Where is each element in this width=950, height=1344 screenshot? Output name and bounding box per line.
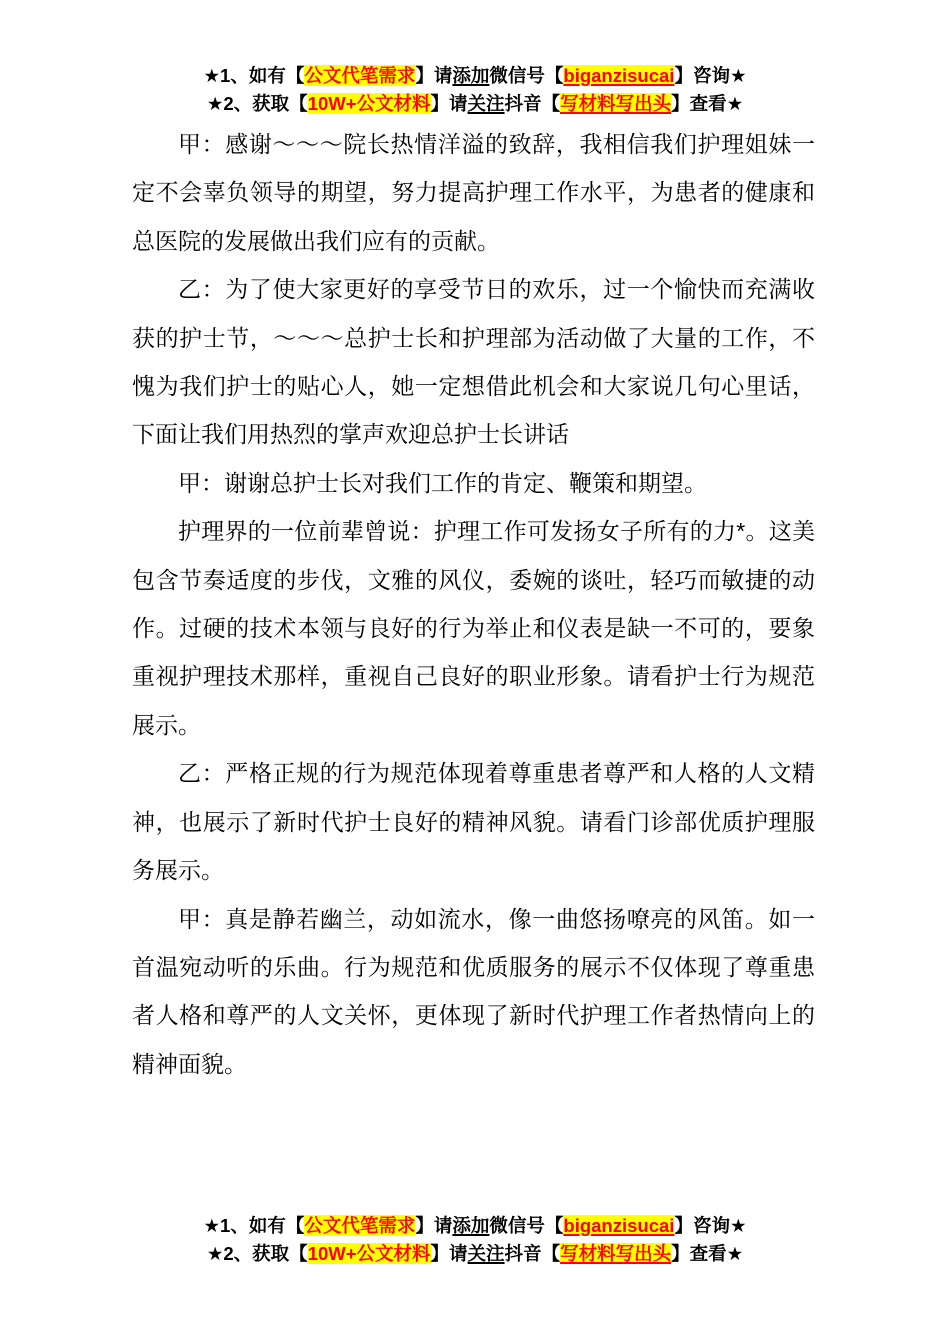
paragraph-3: 甲：谢谢总护士长对我们工作的肯定、鞭策和期望。 bbox=[132, 459, 815, 507]
promo-header-line-2: ★2、获取【10W+公文材料】请关注抖音【写材料写出头】查看★ bbox=[0, 90, 950, 118]
paragraph-4: 护理界的一位前辈曾说：护理工作可发扬女子所有的力*。这美包含节奏适度的步伐，文雅… bbox=[132, 507, 815, 749]
promo-underlined-action: 关注 bbox=[468, 93, 505, 114]
promo-highlight-wechat-id: biganzisucai bbox=[563, 1215, 674, 1236]
promo-underlined-action: 关注 bbox=[468, 1243, 505, 1264]
promo-footer: ★1、如有【公文代笔需求】请添加微信号【biganzisucai】咨询★ ★2、… bbox=[0, 1212, 950, 1267]
promo-text: 】请 bbox=[431, 1243, 468, 1264]
promo-text: 】咨询★ bbox=[674, 65, 746, 86]
paragraph-2: 乙：为了使大家更好的享受节日的欢乐，过一个愉快而充满收获的护士节，～～～总护士长… bbox=[132, 265, 815, 459]
promo-highlight-service: 公文代笔需求 bbox=[304, 1215, 415, 1236]
promo-underlined-action: 添加 bbox=[452, 1215, 489, 1236]
promo-footer-line-1: ★1、如有【公文代笔需求】请添加微信号【biganzisucai】咨询★ bbox=[0, 1212, 950, 1240]
promo-highlight-service: 公文代笔需求 bbox=[304, 65, 415, 86]
paragraph-1: 甲：感谢～～～院长热情洋溢的致辞，我相信我们护理姐妹一定不会辜负领导的期望，努力… bbox=[132, 120, 815, 265]
promo-underlined-action: 添加 bbox=[452, 65, 489, 86]
promo-text: 微信号【 bbox=[489, 65, 563, 86]
document-body: 甲：感谢～～～院长热情洋溢的致辞，我相信我们护理姐妹一定不会辜负领导的期望，努力… bbox=[132, 120, 815, 1088]
promo-text: 】查看★ bbox=[671, 93, 743, 114]
promo-text: ★2、获取【 bbox=[207, 1243, 308, 1264]
promo-highlight-douyin-id: 写材料写出头 bbox=[560, 1243, 671, 1264]
document-page: ★1、如有【公文代笔需求】请添加微信号【biganzisucai】咨询★ ★2、… bbox=[0, 0, 950, 1344]
promo-text: 】请 bbox=[431, 93, 468, 114]
promo-footer-line-2: ★2、获取【10W+公文材料】请关注抖音【写材料写出头】查看★ bbox=[0, 1240, 950, 1268]
promo-text: 】查看★ bbox=[671, 1243, 743, 1264]
promo-text: 抖音【 bbox=[505, 1243, 561, 1264]
promo-text: ★1、如有【 bbox=[203, 1215, 304, 1236]
promo-highlight-wechat-id: biganzisucai bbox=[563, 65, 674, 86]
promo-text: ★1、如有【 bbox=[203, 65, 304, 86]
paragraph-6: 甲：真是静若幽兰，动如流水，像一曲悠扬嘹亮的风笛。如一首温宛动听的乐曲。行为规范… bbox=[132, 895, 815, 1089]
promo-text: 】咨询★ bbox=[674, 1215, 746, 1236]
promo-text: 微信号【 bbox=[489, 1215, 563, 1236]
promo-header-line-1: ★1、如有【公文代笔需求】请添加微信号【biganzisucai】咨询★ bbox=[0, 62, 950, 90]
promo-text: ★2、获取【 bbox=[207, 93, 308, 114]
promo-highlight-douyin-id: 写材料写出头 bbox=[560, 93, 671, 114]
promo-text: 】请 bbox=[415, 1215, 452, 1236]
paragraph-5: 乙：严格正规的行为规范体现着尊重患者尊严和人格的人文精神，也展示了新时代护士良好… bbox=[132, 749, 815, 894]
promo-highlight-materials: 10W+公文材料 bbox=[308, 1243, 431, 1264]
promo-highlight-materials: 10W+公文材料 bbox=[308, 93, 431, 114]
promo-text: 抖音【 bbox=[505, 93, 561, 114]
promo-header: ★1、如有【公文代笔需求】请添加微信号【biganzisucai】咨询★ ★2、… bbox=[0, 62, 950, 117]
promo-text: 】请 bbox=[415, 65, 452, 86]
